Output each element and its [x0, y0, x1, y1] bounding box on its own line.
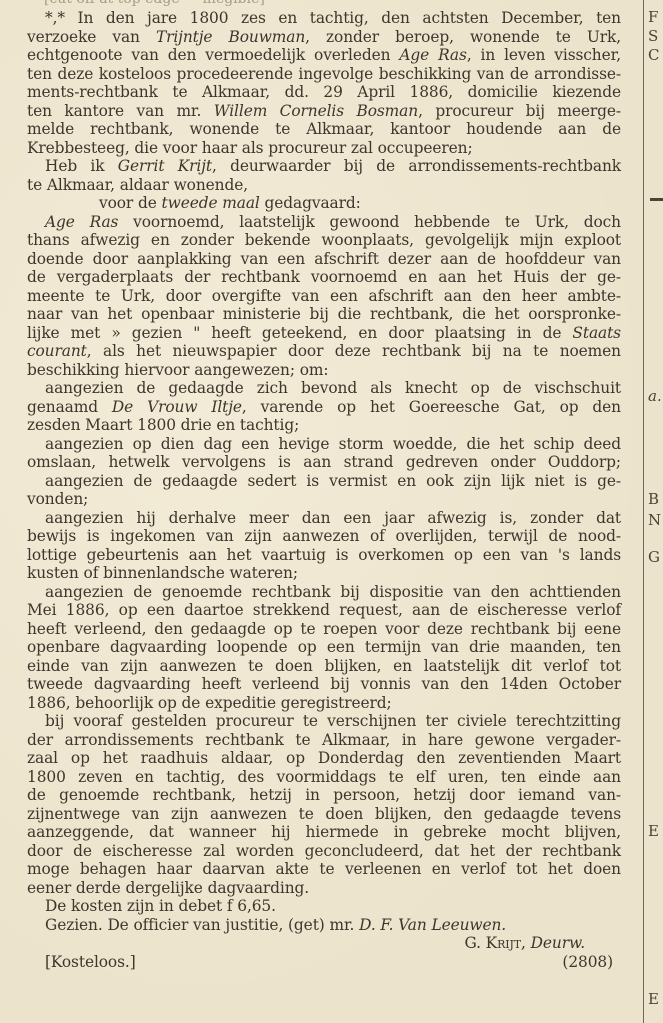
text-line: aangezien op dien dag een hevige storm w…	[27, 435, 621, 454]
text-line: openbare dagvaarding loopende op een ter…	[27, 638, 621, 657]
text-line: melde rechtbank, wonende te Alkmaar, kan…	[27, 120, 621, 139]
cut-off-previous-line: [cut off at top edge — illegible]	[44, 0, 624, 7]
text-line: echtgenoote van den vermoedelijk overled…	[27, 46, 621, 65]
text-line: ten deze kosteloos procedeerende ingevol…	[27, 65, 621, 84]
text-line: Age Ras voornoemd, laatstelijk gewoond h…	[27, 213, 621, 232]
text-line: omslaan, hetwelk vervolgens is aan stran…	[27, 453, 621, 472]
text-line: de vergaderplaats der rechtbank voornoem…	[27, 268, 621, 287]
text-line: te Alkmaar, aldaar wonende,	[27, 176, 621, 195]
advert-number: (2808)	[562, 953, 613, 972]
text-line: lottige gebeurtenis aan het vaartuig is …	[27, 546, 621, 565]
text-line: door de eischeresse zal worden geconclud…	[27, 842, 621, 861]
adjacent-column-fragment: S	[648, 27, 663, 45]
text-line: moge behagen haar daarvan akte te verlee…	[27, 860, 621, 879]
text-line: lijke met » gezien " heeft geteekend, en…	[27, 324, 621, 343]
text-line: verzoeke van Trijntje Bouwman, zonder be…	[27, 28, 621, 47]
text-line: ten kantore van mr. Willem Cornelis Bosm…	[27, 102, 621, 121]
text-line: genaamd De Vrouw Iltje, varende op het G…	[27, 398, 621, 417]
text-line: vonden;	[27, 490, 621, 509]
text-line: der arrondissements rechtbank te Alkmaar…	[27, 731, 621, 750]
text-line: naar van het openbaar ministerie bij die…	[27, 305, 621, 324]
text-line: zaal op het raadhuis aldaar, op Donderda…	[27, 749, 621, 768]
article-body: *,* In den jare 1800 zes en tachtig, den…	[27, 9, 621, 971]
newspaper-page: [cut off at top edge — illegible] *,* In…	[0, 0, 663, 1023]
text-line: G. Krijt, Deurw.	[27, 934, 621, 953]
italic-name: Trijntje Bouwman	[156, 28, 305, 46]
adjacent-column-fragment: N	[648, 511, 663, 529]
text-line: aangezien de gedaagde zich bevond als kn…	[27, 379, 621, 398]
adjacent-column-fragment: G	[648, 548, 663, 566]
adjacent-column-fragment: E	[648, 990, 663, 1008]
column-divider	[643, 0, 644, 1023]
adjacent-column-fragment: F	[648, 8, 663, 26]
italic-name: Gerrit Krijt	[118, 157, 212, 175]
text-line: tweede dagvaarding heeft verleend bij vo…	[27, 675, 621, 694]
adjacent-column-fragment: a.	[648, 387, 663, 405]
text-line: kusten of binnenlandsche wateren;	[27, 564, 621, 583]
adjacent-column-fragment: E	[648, 822, 663, 840]
text-line: doende door aanplakking van een afschrif…	[27, 250, 621, 269]
text-line: thans afwezig en zonder bekende woonplaa…	[27, 231, 621, 250]
text-line: aanzeggende, dat wanneer hij hiermede in…	[27, 823, 621, 842]
italic-name: courant	[27, 342, 87, 360]
text-line: zesden Maart 1800 drie en tachtig;	[27, 416, 621, 435]
text-line: aangezien de gedaagde sedert is vermist …	[27, 472, 621, 491]
text-line: bij vooraf gestelden procureur te versch…	[27, 712, 621, 731]
text-line: zijnentwege van zijn aanwezen te doen bl…	[27, 805, 621, 824]
adjacent-column-fragment: B	[648, 490, 663, 508]
text-line: voor de tweede maal gedagvaard:	[27, 194, 621, 213]
text-line: beschikking hiervoor aangewezen; om:	[27, 361, 621, 380]
text-line: *,* In den jare 1800 zes en tachtig, den…	[27, 9, 621, 28]
text-line: De kosten zijn in debet f 6,65.	[27, 897, 621, 916]
text-line: bewijs is ingekomen van zijn aanwezen of…	[27, 527, 621, 546]
italic-name: Age Ras	[399, 46, 466, 64]
italic-name: Staats	[572, 324, 621, 342]
italic-name: tweede maal	[162, 194, 260, 212]
text-line: 1800 zeven en tachtig, des voormiddags t…	[27, 768, 621, 787]
italic-name: D. F. Van Leeuwen.	[359, 916, 506, 934]
text-line: Mei 1886, op een daartoe strekkend reque…	[27, 601, 621, 620]
text-line: aangezien de genoemde rechtbank bij disp…	[27, 583, 621, 602]
adjacent-column-fragment: C	[648, 46, 663, 64]
text-line: aangezien hij derhalve meer dan een jaar…	[27, 509, 621, 528]
footer-line: [Kosteloos.](2808)	[27, 953, 621, 972]
text-line: einde van zijn aanwezen te doen blijken,…	[27, 657, 621, 676]
text-line: Gezien. De officier van justitie, (get) …	[27, 916, 621, 935]
text-line: Heb ik Gerrit Krijt, deurwaarder bij de …	[27, 157, 621, 176]
text-line: heeft verleend, den gedaagde op te roepe…	[27, 620, 621, 639]
text-line: Krebbesteeg, die voor haar als procureur…	[27, 139, 621, 158]
italic-name: Deurw.	[531, 934, 585, 952]
text-line: courant, als het nieuwspapier door deze …	[27, 342, 621, 361]
text-line: de genoemde rechtbank, hetzij in persoon…	[27, 786, 621, 805]
signature-name: G. Krijt	[464, 934, 521, 952]
cut-off-left: [cut off at top edge — illegible]	[44, 0, 265, 7]
italic-name: Age Ras	[45, 213, 118, 231]
text-line: meente te Urk, door overgifte van een af…	[27, 287, 621, 306]
text-line: 1886, behoorlijk op de expeditie geregis…	[27, 694, 621, 713]
italic-name: Willem Cornelis Bosman	[214, 102, 418, 120]
side-column-rule	[650, 198, 663, 201]
text-line: ments-rechtbank te Alkmaar, dd. 29 April…	[27, 83, 621, 102]
cost-label: [Kosteloos.]	[45, 953, 136, 971]
italic-name: De Vrouw Iltje	[112, 398, 242, 416]
text-line: eener derde dergelijke dagvaarding.	[27, 879, 621, 898]
